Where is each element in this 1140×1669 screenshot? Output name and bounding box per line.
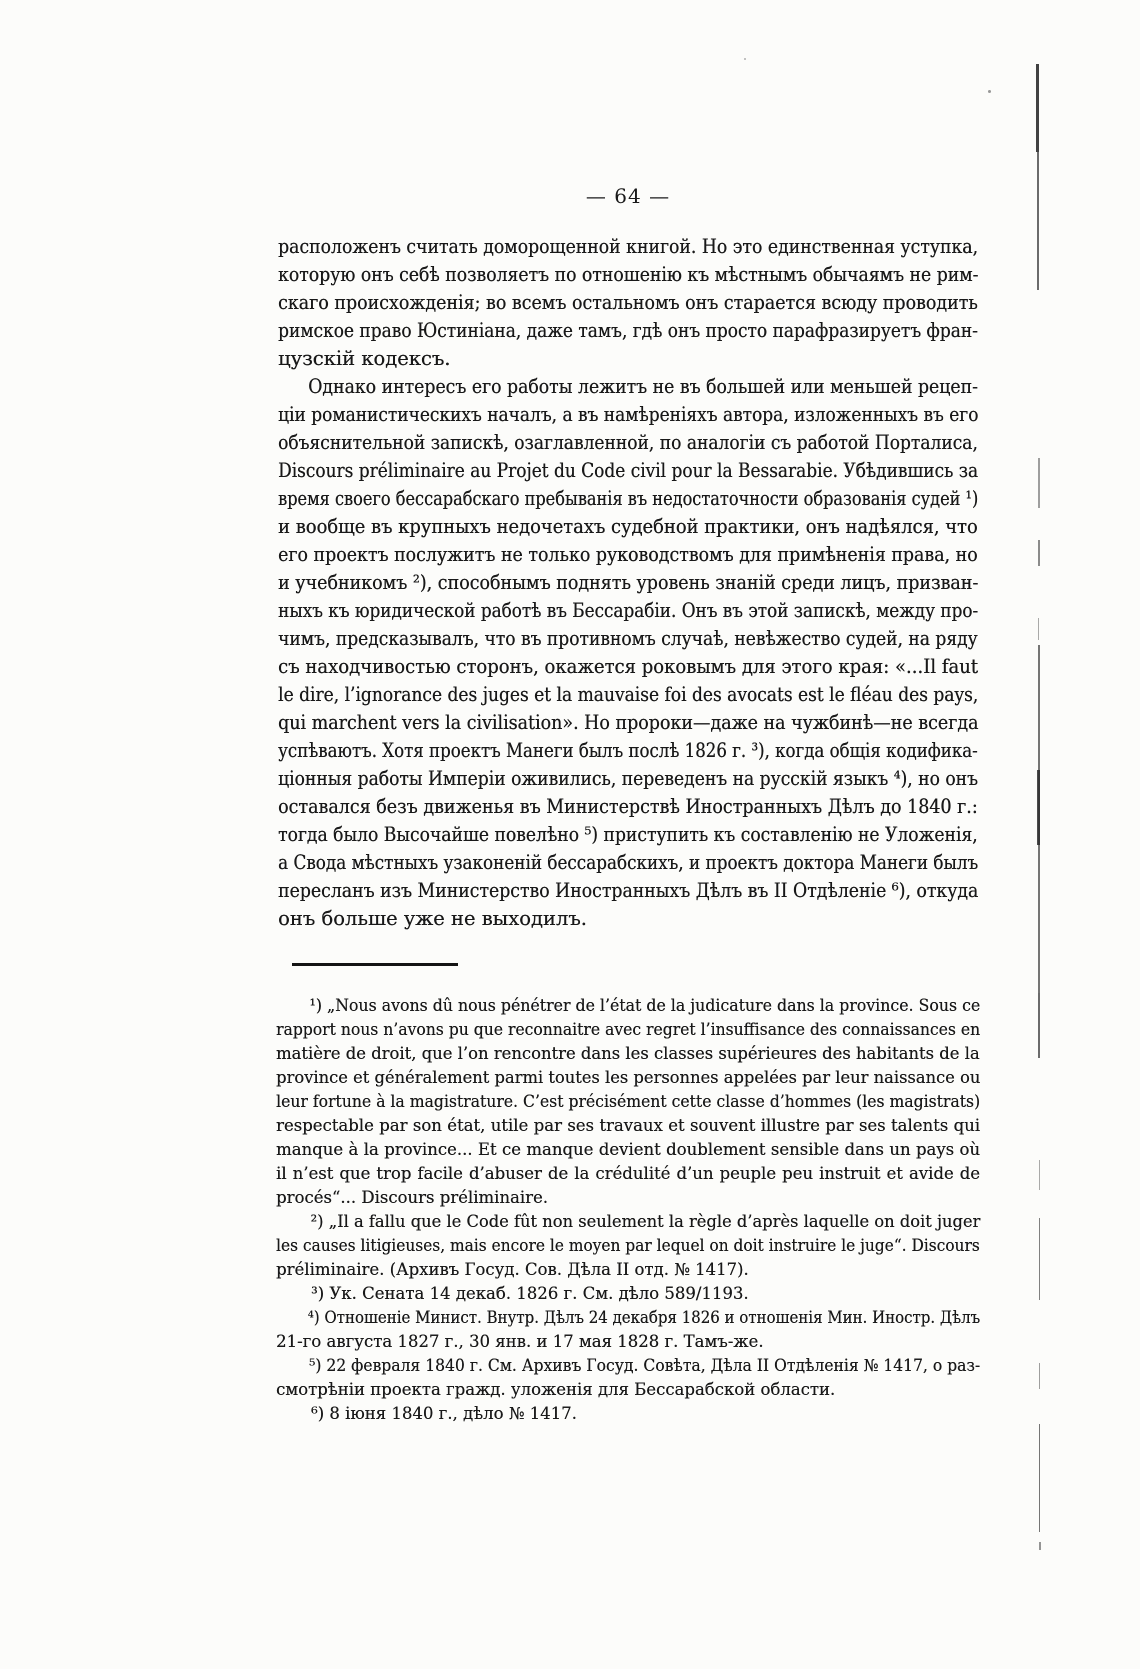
text-line: а Свода мѣстныхъ узаконеній бессарабских… (278, 849, 881, 877)
text-line: чимъ, предсказывалъ, что въ противномъ с… (278, 625, 891, 653)
text-line: съ находчивостью сторонъ, окажется роков… (278, 653, 924, 681)
text-line: il n’est que trop facile d’abuser de la … (276, 1162, 980, 1186)
text-line: province et généralement parmi toutes le… (276, 1066, 972, 1090)
text-line: le dire, l’ignorance des juges et la mau… (278, 681, 891, 709)
scan-artifact-line (1036, 64, 1039, 152)
text-line: ²) „Il a fallu que le Code fût non seule… (276, 1210, 971, 1234)
scan-artifact-line (1037, 770, 1040, 845)
text-line: 21-го августа 1827 г., 30 янв. и 17 мая … (276, 1330, 980, 1354)
text-line: онъ больше уже не выходилъ. (278, 905, 978, 933)
text-line: les causes litigieuses, mais encore le m… (276, 1234, 933, 1258)
text-line: manque à la province... Et ce manque dev… (276, 1138, 980, 1162)
scan-artifact-line (1038, 540, 1040, 566)
scan-artifact-line (1038, 993, 1040, 1058)
text-line: оставался безъ движенья въ Министерствѣ … (278, 793, 905, 821)
scan-artifact-line (1038, 458, 1040, 508)
scan-artifact-line (1039, 1424, 1040, 1532)
scanned-book-page: — 64 — расположенъ считать доморощенной … (0, 0, 1140, 1669)
text-line: ¹) „Nous avons dû nous pénétrer de l’éta… (276, 994, 948, 1018)
text-line: ⁶) 8 іюня 1840 г., дѣло № 1417. (276, 1402, 980, 1426)
scan-artifact-line (1039, 1160, 1040, 1190)
text-line: ⁴) Отношеніе Минист. Внутр. Дѣлъ 24 дека… (276, 1306, 915, 1330)
footnotes: ¹) „Nous avons dû nous pénétrer de l’éta… (276, 994, 980, 1426)
text-line: Однако интересъ его работы лежитъ не въ … (278, 373, 898, 401)
text-line: смотрѣніи проекта гражд. уложенія для Бе… (276, 1378, 980, 1402)
scan-artifact-line (1037, 152, 1039, 290)
text-line: ціонныя работы Имперіи оживились, переве… (278, 765, 893, 793)
text-line: время своего бессарабскаго пребыванія въ… (278, 485, 858, 513)
text-line: rapport nous n’avons pu que reconnaitre … (276, 1018, 941, 1042)
text-line: ныхъ къ юридической работѣ въ Бессарабіи… (278, 597, 882, 625)
text-line: ціи романистическихъ началъ, а въ намѣре… (278, 401, 888, 429)
text-line: и вообще въ крупныхъ недочетахъ судебной… (278, 513, 920, 541)
text-line: préliminaire. (Архивъ Госуд. Сов. Дѣла I… (276, 1258, 980, 1282)
footnote-separator (292, 963, 458, 966)
text-line: его проектъ послужитъ не только руководс… (278, 541, 902, 569)
scan-artifact-line (1039, 1363, 1040, 1389)
scan-speck (744, 58, 746, 60)
page-number: — 64 — (278, 184, 978, 208)
text-line: тогда было Высочайше повелѣно ⁵) приступ… (278, 821, 894, 849)
body-text: расположенъ считать доморощенной книгой.… (278, 233, 978, 933)
text-line: procés“... Discours préliminaire. (276, 1186, 980, 1210)
text-line: ³) Ук. Сената 14 декаб. 1826 г. См. дѣло… (276, 1282, 980, 1306)
text-line: и учебникомъ ²), способнымъ поднять уров… (278, 569, 905, 597)
text-line: qui marchent vers la civilisation». Но п… (278, 709, 905, 737)
scan-artifact-line (1039, 1542, 1041, 1550)
text-line: leur fortune à la magistrature. C’est pr… (276, 1090, 943, 1114)
text-line: matière de droit, que l’on rencontre dan… (276, 1042, 976, 1066)
scan-speck (988, 90, 991, 93)
text-line: цузскій кодексъ. (278, 345, 978, 373)
text-line: успѣваютъ. Хотя проектъ Манеги былъ посл… (278, 737, 874, 765)
text-line: ⁵) 22 февраля 1840 г. См. Архивъ Госуд. … (276, 1354, 940, 1378)
text-line: respectable par son état, utile par ses … (276, 1114, 980, 1138)
text-line: Discours préliminaire au Projet du Code … (278, 457, 887, 485)
text-line: скаго происхожденія; во всемъ остальномъ… (278, 289, 904, 317)
text-line: римское право Юстиніана, даже тамъ, гдѣ … (278, 317, 888, 345)
text-line: объяснительной запискѣ, озаглавленной, п… (278, 429, 891, 457)
text-line: расположенъ считать доморощенной книгой.… (278, 233, 897, 261)
text-line: пересланъ изъ Министерство Иностранныхъ … (278, 877, 898, 905)
scan-artifact-line (1038, 618, 1039, 640)
scan-artifact-line (1039, 1218, 1040, 1300)
text-line: которую онъ себѣ позволяетъ по отношенію… (278, 261, 897, 289)
